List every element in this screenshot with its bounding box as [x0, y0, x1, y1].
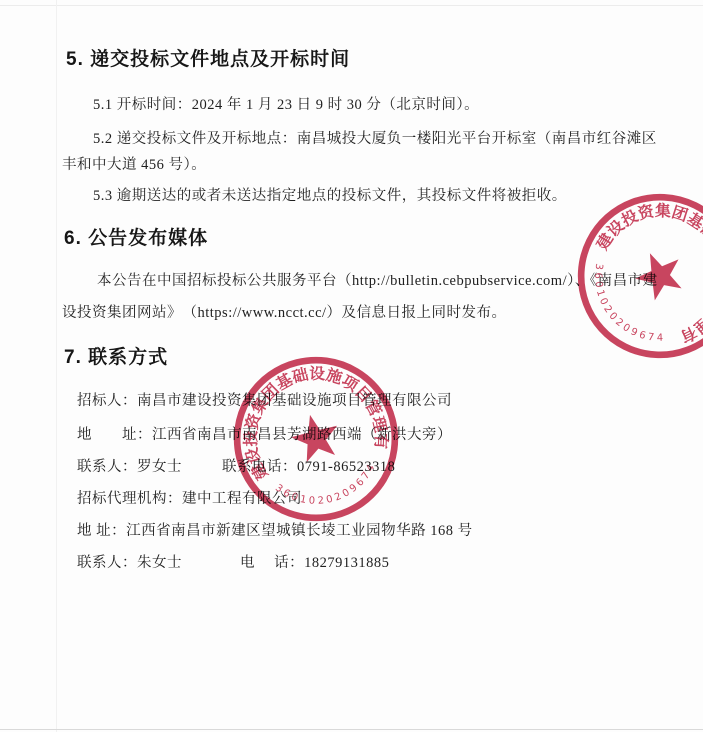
- contact-tenderer-person-row: 联系人：罗女士 联系电话：0791-86523318: [77, 457, 182, 477]
- section7-heading: 7. 联系方式: [64, 348, 168, 368]
- section5-heading: 5. 递交投标文件地点及开标时间: [66, 50, 350, 70]
- scan-edge-bottom: [0, 729, 703, 730]
- official-seal-stamp-center: 南昌市建设投资集团基础设施项目管理有限公司 3601020209674: [215, 338, 416, 539]
- contact-agency-person: 联系人：朱女士: [77, 555, 182, 571]
- section5-p53-late-delivery-note: 5.3 逾期送达的或者未送达指定地点的投标文件，其投标文件将被拒收。: [93, 186, 567, 206]
- seal-serial-number: 3601020209674: [271, 458, 385, 518]
- scan-edge-left: [56, 0, 57, 732]
- scan-edge-top: [0, 5, 703, 6]
- scanned-document-page: 5. 递交投标文件地点及开标时间 5.1 开标时间：2024 年 1 月 23 …: [0, 0, 703, 732]
- contact-agency-person-row: 联系人：朱女士 电 话：18279131885: [77, 553, 182, 573]
- section6-heading: 6. 公告发布媒体: [64, 229, 208, 249]
- seal-ring: [549, 165, 703, 388]
- section5-p51-bid-opening-time: 5.1 开标时间：2024 年 1 月 23 日 9 时 30 分（北京时间）。: [93, 95, 479, 115]
- contact-tenderer-person: 联系人：罗女士: [77, 459, 182, 475]
- section5-p52-line2-submission-location: 丰和中大道 456 号）。: [62, 155, 206, 175]
- section6-publish-media-line2: 设投资集团网站》 （https://www.ncct.cc/）及信息日报上同时发…: [62, 303, 507, 323]
- section5-p52-line1-submission-location: 5.2 递交投标文件及开标地点：南昌城投大厦负一楼阳光平台开标室（南昌市红谷滩区: [93, 129, 657, 149]
- seal-star-icon: [287, 409, 344, 464]
- contact-agency-phone: 电 话：18279131885: [240, 553, 389, 573]
- seal-star-icon: [629, 242, 694, 307]
